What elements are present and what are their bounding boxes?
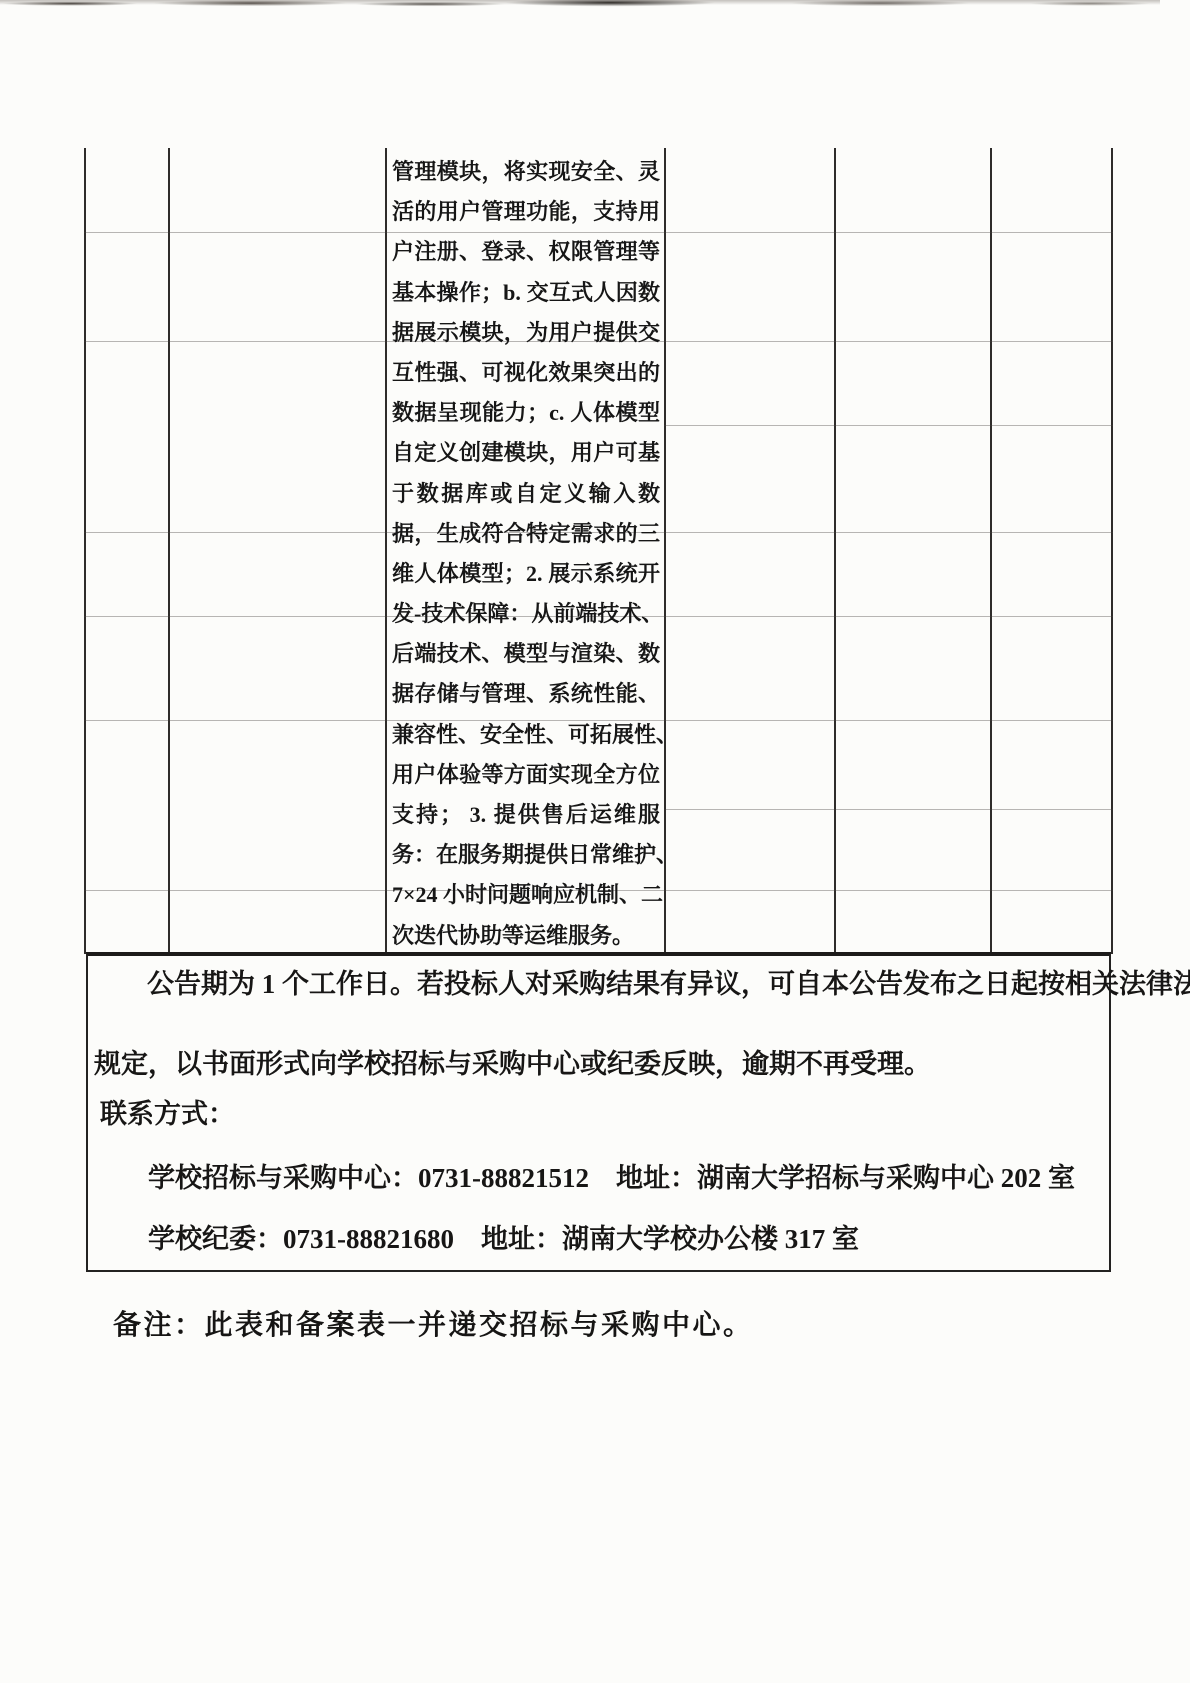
table-column-line — [990, 148, 992, 954]
description-line: 兼容性、安全性、可拓展性、 — [392, 715, 660, 755]
description-line: 据存储与管理、系统性能、 — [392, 674, 660, 714]
description-line: 于数据库或自定义输入数 — [392, 474, 660, 514]
table-row-line — [664, 809, 1113, 810]
scan-artifact-top-edge — [0, 0, 1160, 9]
description-line: 据展示模块，为用户提供交 — [392, 313, 660, 353]
description-line: 后端技术、模型与渲染、数 — [392, 634, 660, 674]
description-line: 支持； 3. 提供售后运维服 — [392, 795, 660, 835]
announcement-line-2: 规定，以书面形式向学校招标与采购中心或纪委反映，逾期不再受理。 — [94, 1044, 931, 1084]
description-line: 数据呈现能力；c. 人体模型 — [392, 393, 660, 433]
description-line: 7×24 小时问题响应机制、二 — [392, 875, 660, 915]
description-line: 自定义创建模块，用户可基 — [392, 433, 660, 473]
announcement-box: 公告期为 1 个工作日。若投标人对采购结果有异议，可自本公告发布之日起按相关法律… — [86, 952, 1111, 1272]
description-line: 发-技术保障：从前端技术、 — [392, 594, 660, 634]
table-row-line — [664, 425, 1113, 426]
table-column-line — [664, 148, 666, 954]
description-line: 务：在服务期提供日常维护、 — [392, 835, 660, 875]
description-line: 户注册、登录、权限管理等 — [392, 232, 660, 272]
description-line: 互性强、可视化效果突出的 — [392, 353, 660, 393]
announcement-line-1: 公告期为 1 个工作日。若投标人对采购结果有异议，可自本公告发布之日起按相关法律… — [94, 964, 1102, 1004]
contact-heading: 联系方式： — [100, 1094, 235, 1134]
description-line: 用户体验等方面实现全方位 — [392, 755, 660, 795]
scanned-document-page: { "document": { "table": { "description_… — [0, 0, 1190, 1683]
table-column-line — [1111, 148, 1113, 954]
note-line: 备注：此表和备案表一并递交招标与采购中心。 — [113, 1306, 754, 1346]
table-description-cell: 管理模块，将实现安全、灵活的用户管理功能，支持用户注册、登录、权限管理等基本操作… — [392, 152, 660, 956]
description-line: 管理模块，将实现安全、灵 — [392, 152, 660, 192]
description-line: 次迭代协助等运维服务。 — [392, 916, 660, 956]
table-column-line — [84, 148, 86, 954]
description-line: 活的用户管理功能，支持用 — [392, 192, 660, 232]
table-column-line — [834, 148, 836, 954]
table-column-line — [168, 148, 170, 954]
description-line: 据，生成符合特定需求的三 — [392, 514, 660, 554]
contact-discipline-committee: 学校纪委：0731-88821680 地址：湖南大学校办公楼 317 室 — [148, 1219, 859, 1259]
description-line: 维人体模型；2. 展示系统开 — [392, 554, 660, 594]
description-line: 基本操作；b. 交互式人因数 — [392, 273, 660, 313]
table-column-line — [385, 148, 387, 954]
contact-procurement-center: 学校招标与采购中心：0731-88821512 地址：湖南大学招标与采购中心 2… — [148, 1158, 1075, 1198]
